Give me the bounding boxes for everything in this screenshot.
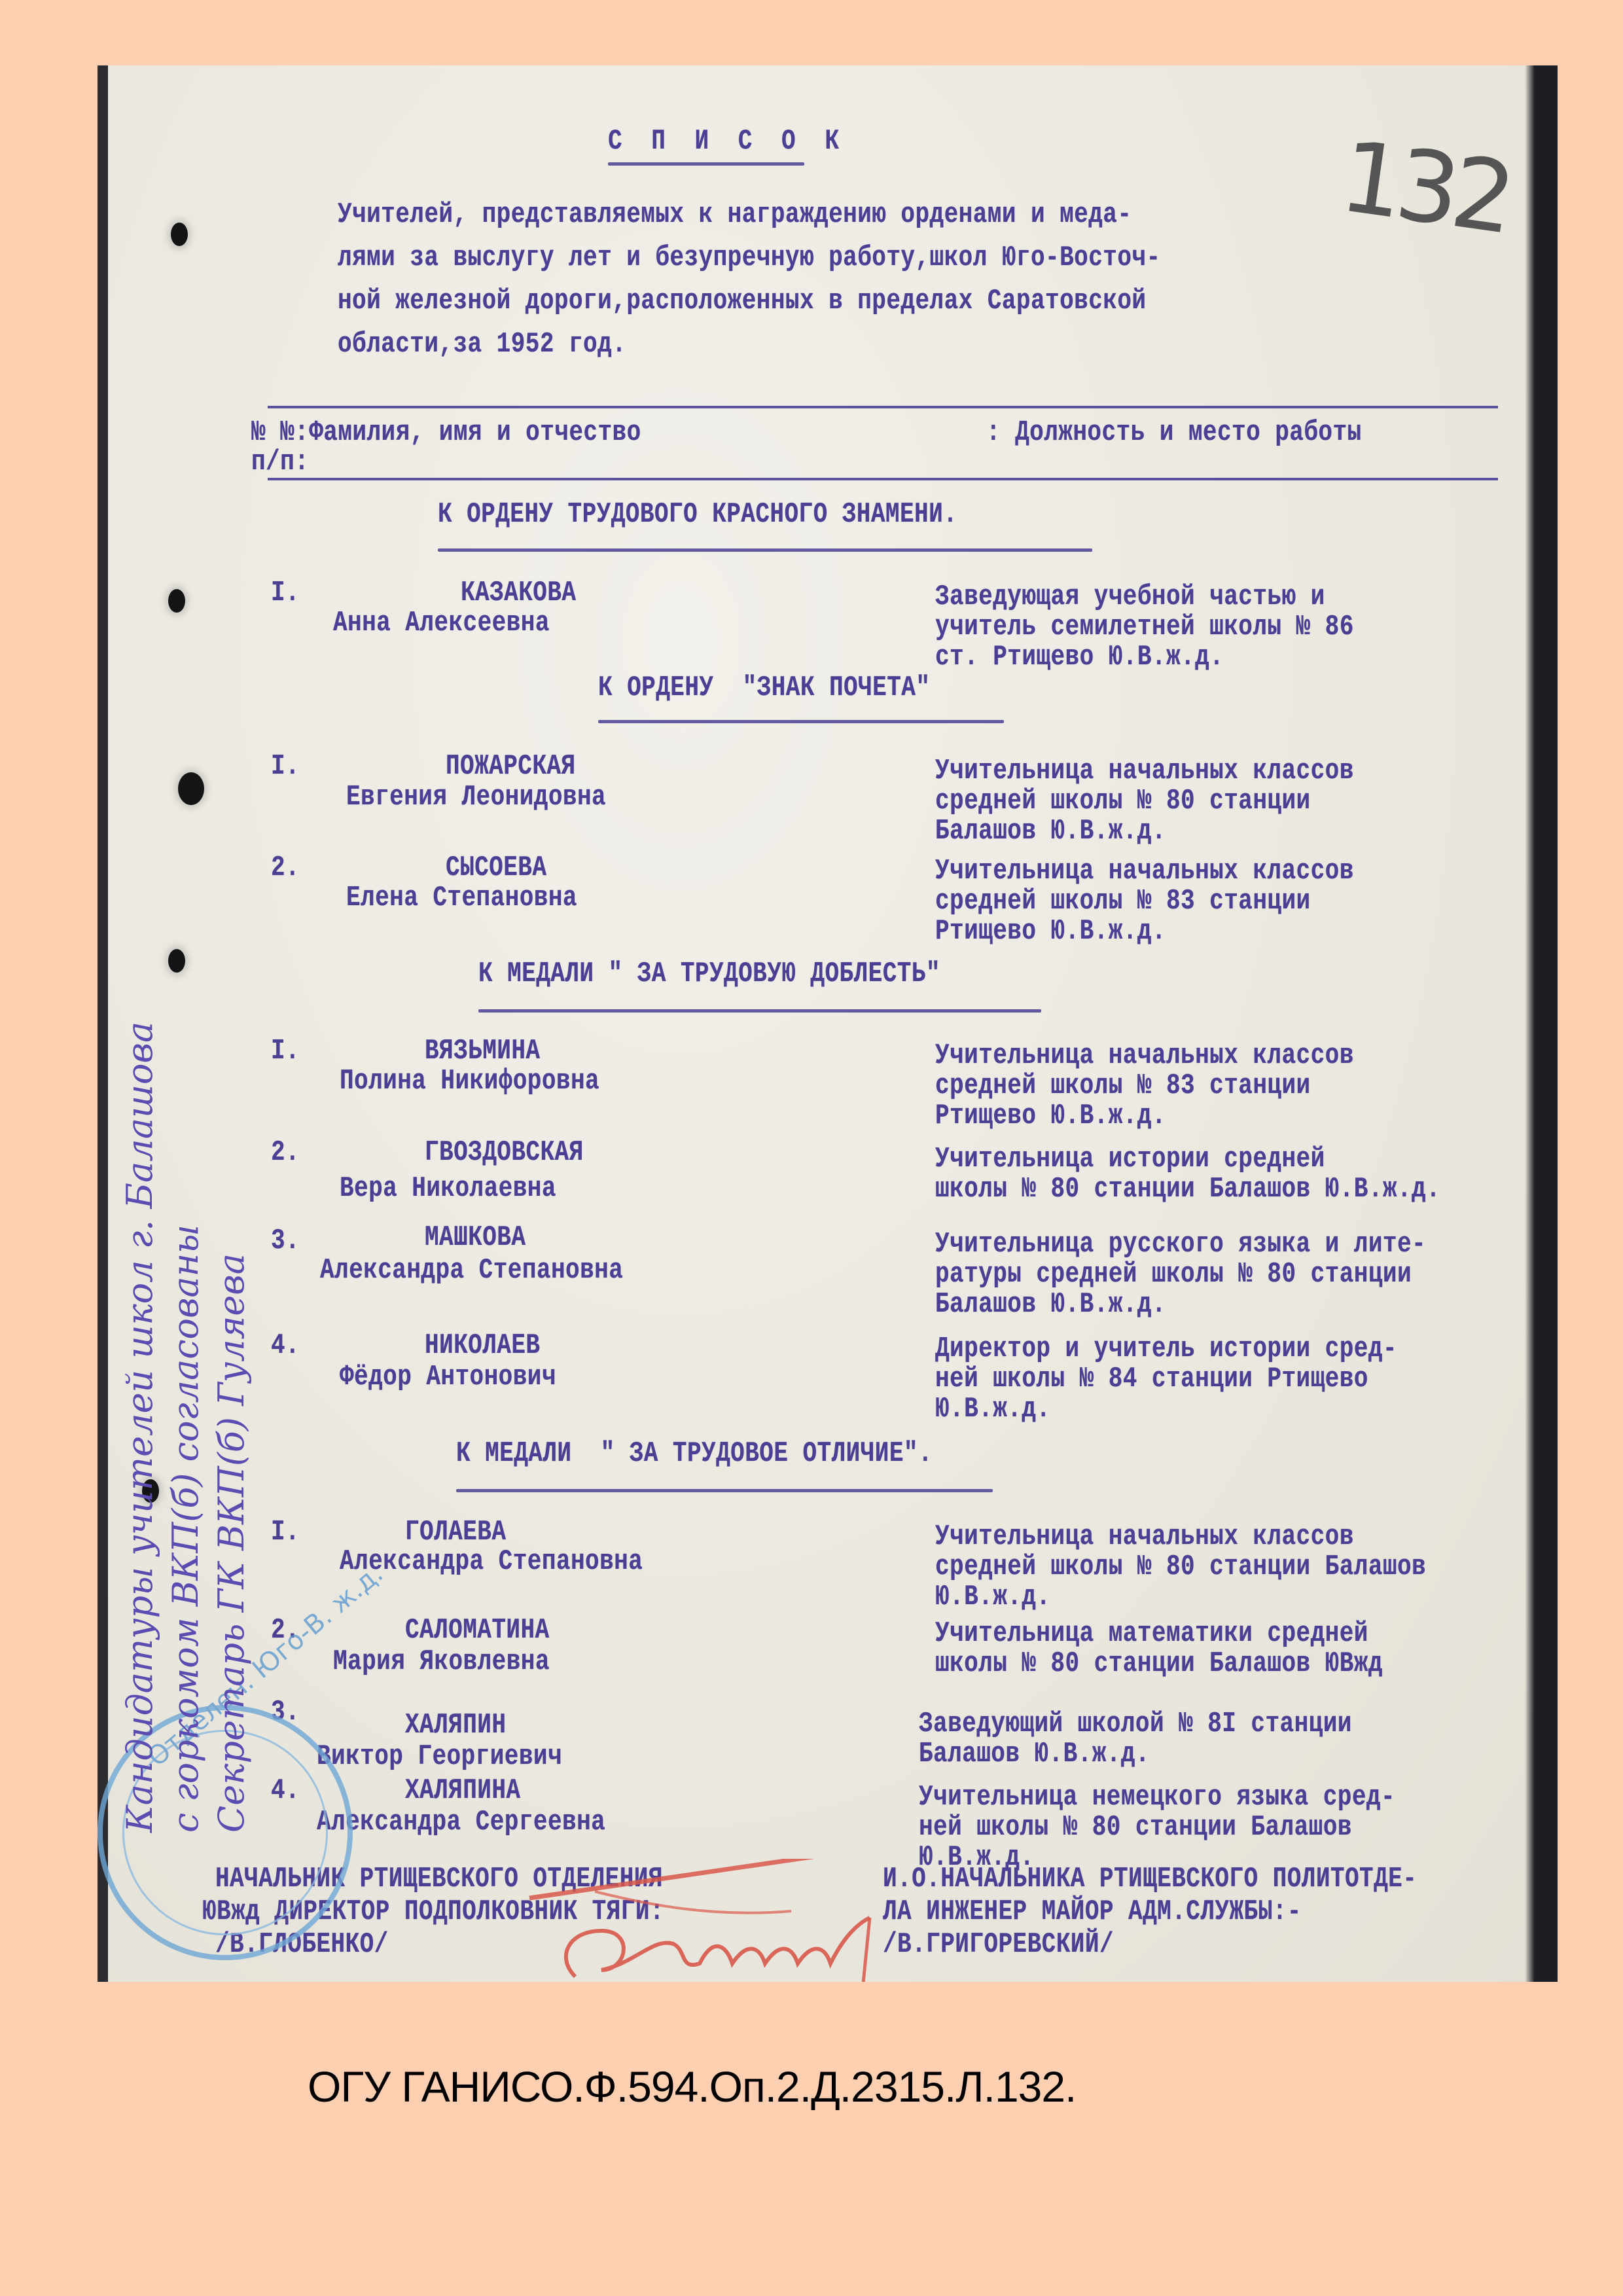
intro-line: области,за 1952 год. xyxy=(338,327,626,361)
entry-position-line: Балашов Ю.В.ж.д. xyxy=(919,1737,1150,1771)
entry-position-line: школы № 80 станции Балашов Ю.В.ж.д. xyxy=(935,1172,1440,1206)
entry-position-line: Заведующая учебной частью и xyxy=(935,580,1325,614)
entry-number: I. xyxy=(271,1034,300,1068)
entry-number: I. xyxy=(271,576,300,610)
entry-position-line: Балашов Ю.В.ж.д. xyxy=(935,814,1166,848)
entry-number: I. xyxy=(271,1515,300,1549)
section-underline xyxy=(456,1489,993,1492)
entry-number: 4. xyxy=(271,1329,300,1363)
entry-position-line: Учительница русского языка и лите- xyxy=(935,1227,1426,1261)
intro-line: лями за выслугу лет и безупречную работу… xyxy=(338,241,1161,275)
entry-surname: ПОЖАРСКАЯ xyxy=(446,749,576,783)
entry-number: I. xyxy=(271,749,300,783)
folio-number: 132 xyxy=(1334,120,1516,256)
entry-surname: ГВОЗДОВСКАЯ xyxy=(425,1136,584,1170)
section-heading: К ОРДЕНУ ТРУДОВОГО КРАСНОГО ЗНАМЕНИ. xyxy=(438,497,957,531)
entry-given-names: Александра Степановна xyxy=(320,1253,623,1287)
column-header-name: № №:Фамилия, имя и отчество xyxy=(251,416,641,450)
punch-hole xyxy=(168,949,185,973)
entry-given-names: Вера Николаевна xyxy=(340,1172,556,1206)
entry-position-line: школы № 80 станции Балашов ЮВжд xyxy=(935,1647,1383,1681)
entry-position-line: Ю.В.ж.д. xyxy=(935,1392,1050,1426)
archival-document-scan: 132 С П И С О К Учителей, представляемых… xyxy=(98,65,1558,1982)
entry-given-names: Елена Степановна xyxy=(346,881,577,915)
entry-position-line: средней школы № 83 станции xyxy=(935,1069,1311,1103)
margin-note-line: Секретарь ГК ВКП(б) Гуляева xyxy=(211,1253,252,1833)
section-underline xyxy=(598,720,1004,723)
header-top-rule xyxy=(268,406,1498,408)
header-bottom-rule xyxy=(268,478,1498,480)
margin-handwritten-note: Кандидатуры учителей школ г. Балашова с … xyxy=(117,1022,255,1833)
entry-given-names: Евгения Леонидовна xyxy=(346,780,606,814)
entry-surname: ХАЛЯПИН xyxy=(405,1708,506,1742)
entry-position-line: Учительница начальных классов xyxy=(935,754,1354,788)
entry-given-names: Полина Никифоровна xyxy=(340,1064,599,1098)
entry-number: 2. xyxy=(271,851,300,885)
section-heading: К МЕДАЛИ " ЗА ТРУДОВУЮ ДОБЛЕСТЬ" xyxy=(478,957,940,991)
entry-position-line: средней школы № 80 станции Балашов xyxy=(935,1550,1426,1584)
entry-surname: МАШКОВА xyxy=(425,1221,526,1255)
archive-reference-caption: ОГУ ГАНИСО.Ф.594.Оп.2.Д.2315.Л.132. xyxy=(308,2062,1076,2111)
entry-position-line: Ртищево Ю.В.ж.д. xyxy=(935,1099,1166,1133)
entry-surname: КАЗАКОВА xyxy=(461,576,576,610)
scan-left-edge xyxy=(98,65,108,1982)
entry-position-line: Учительница начальных классов xyxy=(935,854,1354,888)
entry-given-names: Александра Сергеевна xyxy=(317,1805,605,1839)
entry-position-line: Учительница начальных классов xyxy=(935,1520,1354,1554)
entry-position-line: Балашов Ю.В.ж.д. xyxy=(935,1287,1166,1321)
handwritten-signature xyxy=(516,1859,988,1982)
entry-surname: СЫСОЕВА xyxy=(446,851,546,885)
entry-given-names: Виктор Георгиевич xyxy=(317,1740,562,1774)
section-heading: К МЕДАЛИ " ЗА ТРУДОВОЕ ОТЛИЧИЕ". xyxy=(456,1437,933,1471)
entry-position-line: средней школы № 83 станции xyxy=(935,884,1311,918)
entry-position-line: Ртищево Ю.В.ж.д. xyxy=(935,914,1166,948)
column-header-position: : Должность и место работы xyxy=(986,416,1362,450)
entry-position-line: учитель семилетней школы № 86 xyxy=(935,610,1354,644)
entry-surname: ВЯЗЬМИНА xyxy=(425,1034,540,1068)
entry-position-line: Заведующий школой № 8I станции xyxy=(919,1707,1352,1741)
entry-given-names: Мария Яковлевна xyxy=(333,1645,550,1679)
entry-surname: НИКОЛАЕВ xyxy=(425,1329,540,1363)
punch-hole xyxy=(178,772,204,805)
entry-position-line: Учительница начальных классов xyxy=(935,1039,1354,1073)
margin-note-line: с горкомом ВКП(б) согласованы xyxy=(165,1225,206,1833)
entry-given-names: Фёдор Антонович xyxy=(340,1360,556,1394)
entry-position-line: Учительница математики средней xyxy=(935,1617,1368,1651)
entry-surname: ХАЛЯПИНА xyxy=(405,1774,520,1808)
section-heading: К ОРДЕНУ "ЗНАК ПОЧЕТА" xyxy=(598,671,930,705)
entry-number: 2. xyxy=(271,1136,300,1170)
entry-given-names: Анна Алексеевна xyxy=(333,606,550,640)
entry-position-line: ратуры средней школы № 80 станции xyxy=(935,1257,1412,1291)
entry-position-line: ней школы № 80 станции Балашов xyxy=(919,1810,1352,1844)
margin-note-line: Кандидатуры учителей школ г. Балашова xyxy=(119,1022,160,1833)
title-underline xyxy=(608,162,804,166)
document-title: С П И С О К xyxy=(608,124,846,158)
punch-hole xyxy=(168,589,185,613)
entry-position-line: Учительница истории средней xyxy=(935,1142,1325,1176)
entry-position-line: Директор и учитель истории сред- xyxy=(935,1332,1397,1366)
punch-hole xyxy=(171,223,188,246)
column-header-number: п/п: xyxy=(251,445,309,479)
entry-position-line: Учительница немецкого языка сред- xyxy=(919,1780,1395,1814)
entry-given-names: Александра Степановна xyxy=(340,1545,643,1579)
entry-surname: САЛОМАТИНА xyxy=(405,1613,550,1647)
section-underline xyxy=(478,1009,1041,1013)
entry-number: 3. xyxy=(271,1224,300,1258)
entry-position-line: средней школы № 80 станции xyxy=(935,784,1311,818)
intro-line: ной железной дороги,расположенных в пред… xyxy=(338,284,1146,318)
entry-position-line: ней школы № 84 станции Ртищево xyxy=(935,1362,1368,1396)
intro-line: Учителей, представляемых к награждению о… xyxy=(338,198,1132,232)
scan-right-edge xyxy=(1525,65,1558,1982)
section-underline xyxy=(438,548,1092,552)
entry-position-line: ст. Ртищево Ю.В.ж.д. xyxy=(935,640,1224,674)
entry-position-line: Ю.В.ж.д. xyxy=(935,1580,1050,1614)
